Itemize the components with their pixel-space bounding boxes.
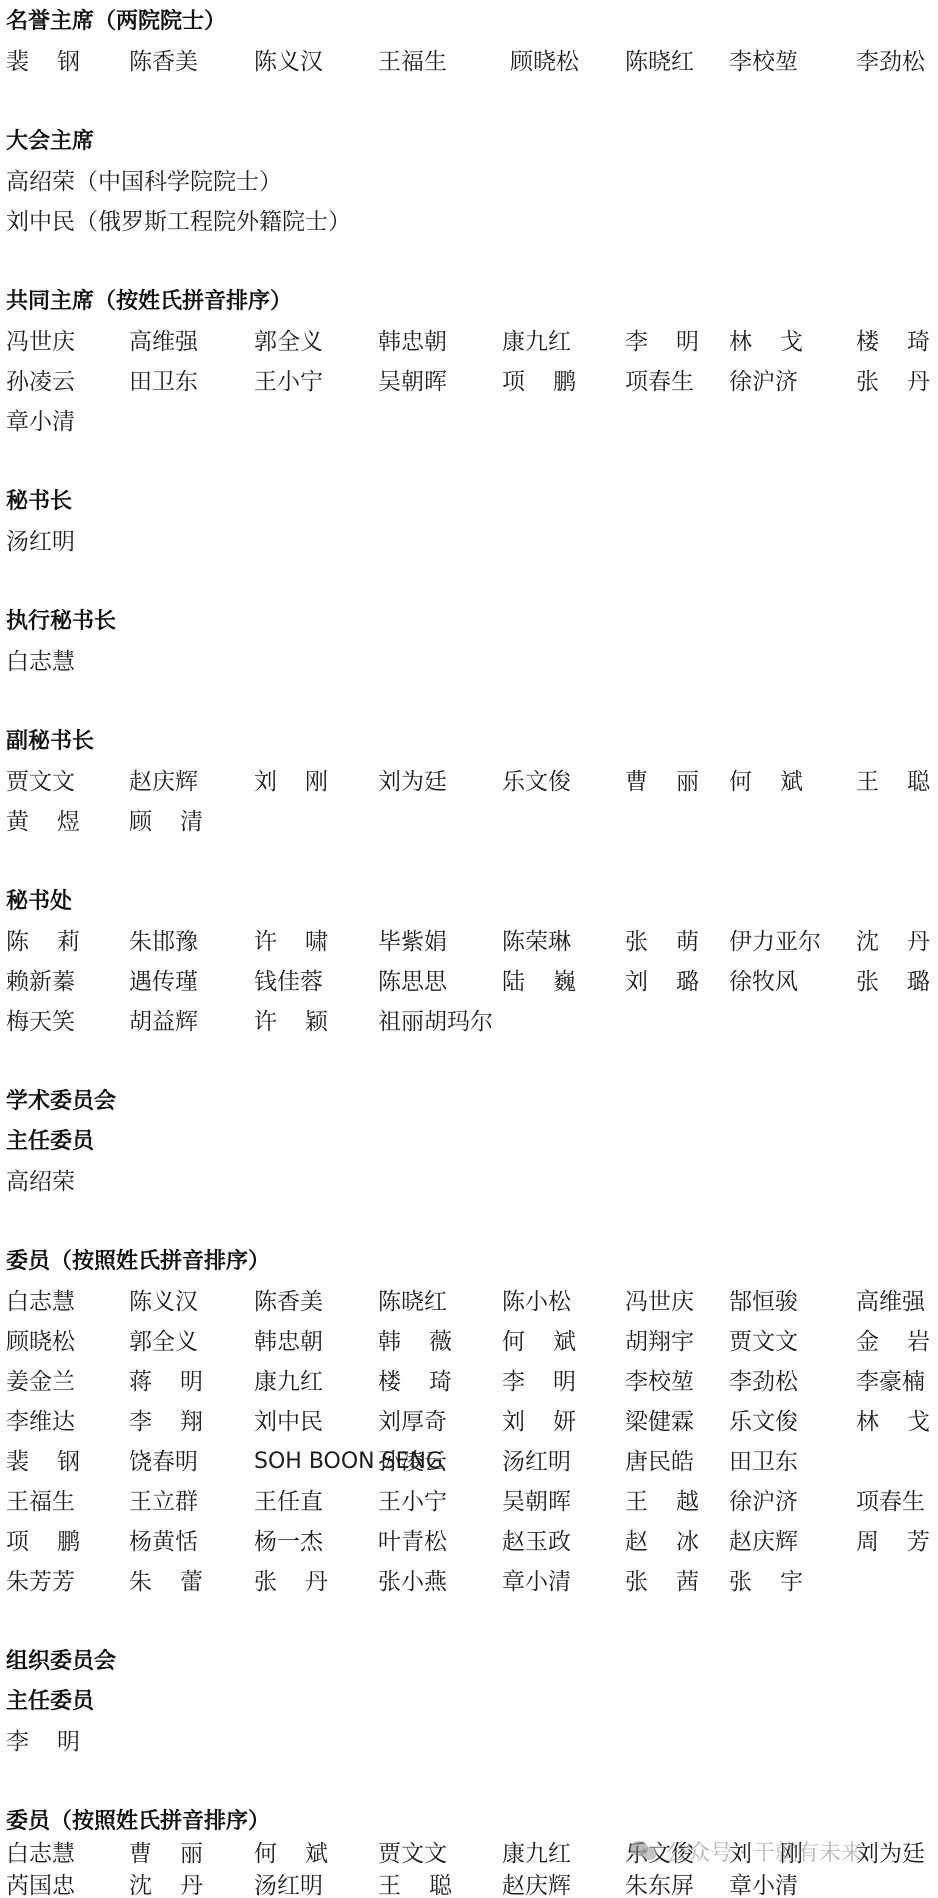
member-name: 何斌 xyxy=(502,1322,576,1362)
name-row: 裴钢饶春明SOH BOON SENG孙凌云汤红明唐民皓田卫东 xyxy=(0,1442,938,1482)
member-name: 田卫东 xyxy=(129,362,198,402)
member-name: 王越 xyxy=(625,1482,699,1522)
member-name: 朱东屏 xyxy=(625,1866,694,1898)
member-name: 沈丹 xyxy=(129,1866,203,1898)
name-row: 冯世庆高维强郭全义韩忠朝康九红李明林戈楼琦 xyxy=(0,322,938,362)
member-name: 蒋明 xyxy=(129,1362,203,1402)
heading-line: 委员（按照姓氏拼音排序） xyxy=(0,1242,938,1282)
member-name: 白志慧 xyxy=(6,1282,75,1322)
heading-line: 执行秘书长 xyxy=(0,602,938,642)
name-row: 陈莉朱邯豫许啸毕紫娟陈荣琳张萌伊力亚尔沈丹 xyxy=(0,922,938,962)
member-name: 刘刚 xyxy=(254,762,328,802)
heading-line: 名誉主席（两院院士） xyxy=(0,2,938,42)
heading-line: 组织委员会 xyxy=(0,1642,938,1682)
director-heading: 主任委员 xyxy=(6,1682,94,1722)
member-name: 楼琦 xyxy=(856,322,930,362)
member-name: 周芳 xyxy=(856,1522,930,1562)
member-name: 赵冰 xyxy=(625,1522,699,1562)
section-heading-co-chairs: 共同主席（按姓氏拼音排序） xyxy=(6,282,292,322)
text-line: 高绍荣 xyxy=(0,1162,938,1202)
name-row: 项鹏杨黄恬杨一杰叶青松赵玉政赵冰赵庆辉周芳 xyxy=(0,1522,938,1562)
text-line: 刘中民（俄罗斯工程院外籍院士） xyxy=(0,202,938,242)
name-row: 王福生王立群王任直王小宁吴朝晖王越徐沪济项春生 xyxy=(0,1482,938,1522)
list-item: 高绍荣（中国科学院院士） xyxy=(6,162,282,202)
member-name: 许颖 xyxy=(254,1002,328,1042)
member-name: 贾文文 xyxy=(729,1322,798,1362)
member-name: 楼琦 xyxy=(378,1362,452,1402)
member-name: 王立群 xyxy=(129,1482,198,1522)
member-name: 陆巍 xyxy=(502,962,576,1002)
member-name: 张丹 xyxy=(254,1562,328,1602)
member-name: 王福生 xyxy=(378,42,447,82)
name-row: 芮国忠沈丹汤红明王聪赵庆辉朱东屏章小清 xyxy=(0,1866,938,1898)
member-name: 汤红明 xyxy=(254,1866,323,1898)
member-name: 吴朝晖 xyxy=(502,1482,571,1522)
heading-line: 学术委员会 xyxy=(0,1082,938,1122)
member-name: 陈莉 xyxy=(6,922,80,962)
member-name: 汤红明 xyxy=(502,1442,571,1482)
heading-line: 秘书长 xyxy=(0,482,938,522)
member-name: 刘中民 xyxy=(254,1402,323,1442)
member-name: 顾晓松 xyxy=(510,42,579,82)
member-name: 刘为廷 xyxy=(378,762,447,802)
member-name: 李校堃 xyxy=(625,1362,694,1402)
heading-line: 共同主席（按姓氏拼音排序） xyxy=(0,282,938,322)
member-name: 朱芳芳 xyxy=(6,1562,75,1602)
list-item: 汤红明 xyxy=(6,522,75,562)
member-name: 韩忠朝 xyxy=(378,322,447,362)
member-name: 顾晓松 xyxy=(6,1322,75,1362)
member-name: 陈晓红 xyxy=(625,42,694,82)
member-name: 郜恒骏 xyxy=(729,1282,798,1322)
member-name: 项春生 xyxy=(625,362,694,402)
section-heading-secretary-general: 秘书长 xyxy=(6,482,72,522)
member-name: 陈义汉 xyxy=(129,1282,198,1322)
member-name: 顾清 xyxy=(129,802,203,842)
member-name: 何斌 xyxy=(729,762,803,802)
member-name: 韩忠朝 xyxy=(254,1322,323,1362)
name-row: 朱芳芳朱蕾张丹张小燕章小清张茜张宇 xyxy=(0,1562,938,1602)
member-name: 陈小松 xyxy=(502,1282,571,1322)
name-row: 章小清 xyxy=(0,402,938,442)
member-name: 陈义汉 xyxy=(254,42,323,82)
member-name: 王聪 xyxy=(856,762,930,802)
member-name: 林戈 xyxy=(856,1402,930,1442)
member-name: 梅天笑 xyxy=(6,1002,75,1042)
member-name: 康九红 xyxy=(254,1362,323,1402)
member-name: 李维达 xyxy=(6,1402,75,1442)
member-name: 金岩 xyxy=(856,1322,930,1362)
member-name: 林戈 xyxy=(729,322,803,362)
member-name: 赵庆辉 xyxy=(729,1522,798,1562)
section-heading-congress-chairs: 大会主席 xyxy=(6,122,94,162)
member-name: 陈思思 xyxy=(378,962,447,1002)
name-row: 李维达李翔刘中民刘厚奇刘妍梁健霖乐文俊林戈 xyxy=(0,1402,938,1442)
section-heading-deputy-secretary-general: 副秘书长 xyxy=(6,722,94,762)
member-name: 孙凌云 xyxy=(6,362,75,402)
member-name: 田卫东 xyxy=(729,1442,798,1482)
heading-line: 大会主席 xyxy=(0,122,938,162)
member-name: 张萌 xyxy=(625,922,699,962)
member-name: 冯世庆 xyxy=(6,322,75,362)
name-row: 孙凌云田卫东王小宁吴朝晖项鹏项春生徐沪济张丹 xyxy=(0,362,938,402)
text-line: 高绍荣（中国科学院院士） xyxy=(0,162,938,202)
member-name: 乐文俊 xyxy=(729,1402,798,1442)
member-name: 赵庆辉 xyxy=(129,762,198,802)
member-name: 张茜 xyxy=(625,1562,699,1602)
section-heading-executive-secretary-general: 执行秘书长 xyxy=(6,602,116,642)
member-name: 杨一杰 xyxy=(254,1522,323,1562)
member-name: 饶春明 xyxy=(129,1442,198,1482)
heading-line: 主任委员 xyxy=(0,1122,938,1162)
member-name: 王小宁 xyxy=(378,1482,447,1522)
director-name: 高绍荣 xyxy=(6,1162,75,1202)
member-name: 毕紫娟 xyxy=(378,922,447,962)
member-name: 沈丹 xyxy=(856,922,930,962)
heading-line: 副秘书长 xyxy=(0,722,938,762)
member-name: 郭全义 xyxy=(129,1322,198,1362)
member-name: 许啸 xyxy=(254,922,328,962)
member-name: 黄煜 xyxy=(6,802,80,842)
member-name: 李劲松 xyxy=(729,1362,798,1402)
member-name: 陈香美 xyxy=(254,1282,323,1322)
member-name: 王福生 xyxy=(6,1482,75,1522)
name-row: 梅天笑胡益辉许颖祖丽胡玛尔 xyxy=(0,1002,938,1042)
member-name: 裴钢 xyxy=(6,42,80,82)
member-name: 章小清 xyxy=(6,402,75,442)
member-name: 章小清 xyxy=(502,1562,571,1602)
member-name: 李明 xyxy=(502,1362,576,1402)
member-name: 冯世庆 xyxy=(625,1282,694,1322)
member-name: 陈晓红 xyxy=(378,1282,447,1322)
name-row: 赖新蓁遇传瑾钱佳蓉陈思思陆巍刘璐徐牧风张璐 xyxy=(0,962,938,1002)
member-name: 钱佳蓉 xyxy=(254,962,323,1002)
name-row: 白志慧陈义汉陈香美陈晓红陈小松冯世庆郜恒骏高维强 xyxy=(0,1282,938,1322)
member-name: 伊力亚尔 xyxy=(729,922,821,962)
member-name: 孙凌云 xyxy=(378,1442,447,1482)
member-name: 贾文文 xyxy=(6,762,75,802)
member-name: 杨黄恬 xyxy=(129,1522,198,1562)
member-name: 李劲松 xyxy=(856,42,925,82)
member-name: 康九红 xyxy=(502,322,571,362)
member-name: 刘璐 xyxy=(625,962,699,1002)
member-name: 李豪楠 xyxy=(856,1362,925,1402)
member-name: 项鹏 xyxy=(6,1522,80,1562)
member-name: 王聪 xyxy=(378,1866,452,1898)
member-name: 乐文俊 xyxy=(502,762,571,802)
member-name: 张宇 xyxy=(729,1562,803,1602)
member-name: 张小燕 xyxy=(378,1562,447,1602)
member-name: 赵玉政 xyxy=(502,1522,571,1562)
member-name: 芮国忠 xyxy=(6,1866,75,1898)
member-name: 章小清 xyxy=(729,1866,798,1898)
member-name: 赵庆辉 xyxy=(502,1866,571,1898)
member-name: 徐牧风 xyxy=(729,962,798,1002)
member-name: 高维强 xyxy=(856,1282,925,1322)
member-name: 唐民皓 xyxy=(625,1442,694,1482)
director-heading: 主任委员 xyxy=(6,1122,94,1162)
text-line: 白志慧 xyxy=(0,642,938,682)
member-name: 胡益辉 xyxy=(129,1002,198,1042)
members-heading: 委员（按照姓氏拼音排序） xyxy=(6,1242,270,1282)
member-name: 吴朝晖 xyxy=(378,362,447,402)
member-name: 王任直 xyxy=(254,1482,323,1522)
member-name: 祖丽胡玛尔 xyxy=(378,1002,493,1042)
member-name: 张璐 xyxy=(856,962,930,1002)
member-name: 项春生 xyxy=(856,1482,925,1522)
heading-line: 秘书处 xyxy=(0,882,938,922)
member-name: 陈香美 xyxy=(129,42,198,82)
name-row: 姜金兰蒋明康九红楼琦李明李校堃李劲松李豪楠 xyxy=(0,1362,938,1402)
member-name: 徐沪济 xyxy=(729,362,798,402)
name-row: 黄煜顾清 xyxy=(0,802,938,842)
member-name: 裴钢 xyxy=(6,1442,80,1482)
member-name: 刘妍 xyxy=(502,1402,576,1442)
name-row: 贾文文赵庆辉刘刚刘为廷乐文俊曹丽何斌王聪 xyxy=(0,762,938,802)
member-name: 曹丽 xyxy=(625,762,699,802)
member-name: 徐沪济 xyxy=(729,1482,798,1522)
member-name: 王小宁 xyxy=(254,362,323,402)
name-row: 裴钢陈香美陈义汉王福生顾晓松陈晓红李校堃李劲松 xyxy=(0,42,938,82)
member-name: 李翔 xyxy=(129,1402,203,1442)
member-name: 遇传瑾 xyxy=(129,962,198,1002)
member-name: 李校堃 xyxy=(729,42,798,82)
member-name: 姜金兰 xyxy=(6,1362,75,1402)
list-item: 白志慧 xyxy=(6,642,75,682)
name-row: 顾晓松郭全义韩忠朝韩薇何斌胡翔宇贾文文金岩 xyxy=(0,1322,938,1362)
member-name: 张丹 xyxy=(856,362,930,402)
member-name: 赖新蓁 xyxy=(6,962,75,1002)
member-name: 李明 xyxy=(625,322,699,362)
director-name: 李明 xyxy=(6,1722,80,1762)
text-line: 李明 xyxy=(0,1722,938,1762)
member-name: 胡翔宇 xyxy=(625,1322,694,1362)
member-name: 朱蕾 xyxy=(129,1562,203,1602)
member-name: 项鹏 xyxy=(502,362,576,402)
list-item: 刘中民（俄罗斯工程院外籍院士） xyxy=(6,202,351,242)
member-name: 郭全义 xyxy=(254,322,323,362)
heading-line: 主任委员 xyxy=(0,1682,938,1722)
member-name: 韩薇 xyxy=(378,1322,452,1362)
section-heading-academic-committee: 学术委员会 xyxy=(6,1082,116,1122)
section-heading-secretariat: 秘书处 xyxy=(6,882,72,922)
text-line: 汤红明 xyxy=(0,522,938,562)
member-name: 朱邯豫 xyxy=(129,922,198,962)
member-name: 陈荣琳 xyxy=(502,922,571,962)
section-heading-honorary-chairs: 名誉主席（两院院士） xyxy=(6,2,226,42)
member-name: 高维强 xyxy=(129,322,198,362)
member-name: 叶青松 xyxy=(378,1522,447,1562)
member-name: 刘厚奇 xyxy=(378,1402,447,1442)
member-name: 梁健霖 xyxy=(625,1402,694,1442)
section-heading-organizing-committee: 组织委员会 xyxy=(6,1642,116,1682)
